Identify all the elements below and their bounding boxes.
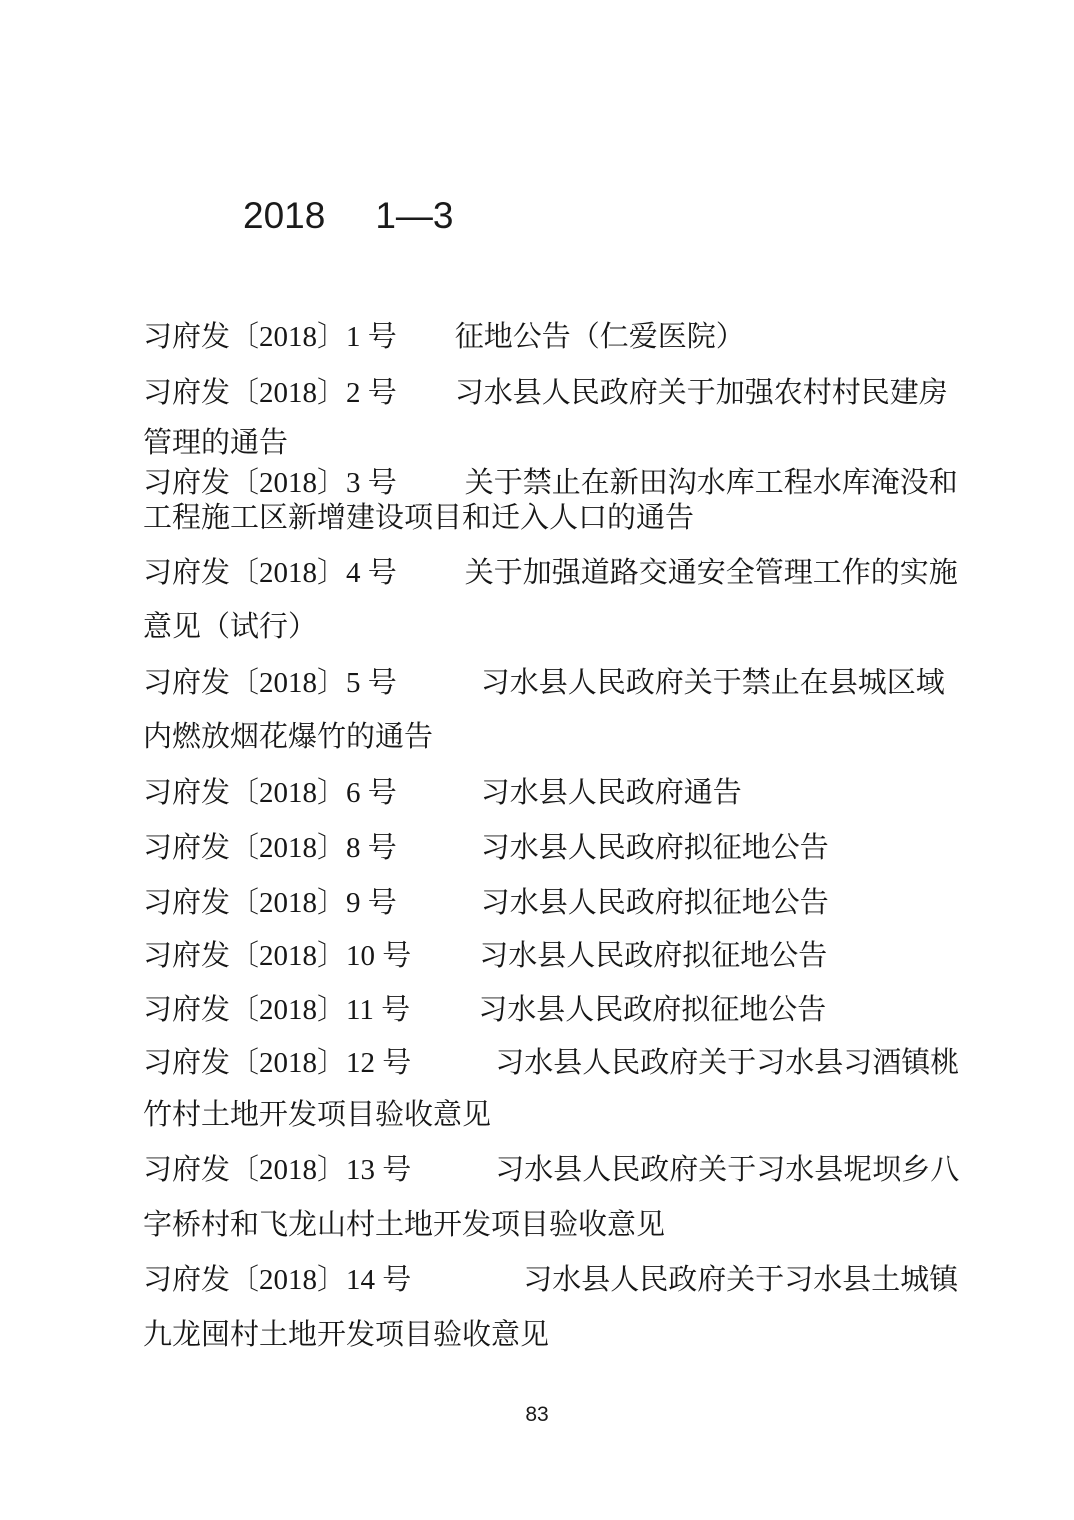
- item-title-continuation: 意见（试行）: [143, 610, 317, 644]
- item-number: 习府发〔2018〕14 号: [143, 1263, 411, 1297]
- item-number: 习府发〔2018〕9 号: [143, 886, 397, 920]
- item-title: 习水县人民政府拟征地公告: [481, 831, 829, 865]
- document-page: 20181—3 习府发〔2018〕1 号征地公告（仁爱医院） 习府发〔2018〕…: [0, 0, 1074, 1520]
- item-title: 习水县人民政府拟征地公告: [481, 886, 829, 920]
- item-title: 习水县人民政府关于习水县土城镇: [523, 1263, 958, 1297]
- title-number-range: 1—3: [375, 195, 453, 236]
- item-number: 习府发〔2018〕11 号: [143, 993, 410, 1027]
- item-title: 习水县人民政府关于禁止在县城区域: [481, 666, 945, 700]
- item-number: 习府发〔2018〕4 号: [143, 556, 397, 590]
- item-title: 关于禁止在新田沟水库工程水库淹没和: [465, 466, 958, 500]
- doc-list-line: 九龙囤村土地开发项目验收意见: [143, 1318, 943, 1352]
- doc-list-line: 习府发〔2018〕14 号习水县人民政府关于习水县土城镇: [143, 1263, 943, 1297]
- item-title: 关于加强道路交通安全管理工作的实施: [465, 556, 958, 590]
- doc-list-line: 习府发〔2018〕11 号习水县人民政府拟征地公告: [143, 993, 943, 1027]
- doc-list-line: 习府发〔2018〕2 号习水县人民政府关于加强农村村民建房: [143, 376, 943, 410]
- doc-list-line: 习府发〔2018〕10 号习水县人民政府拟征地公告: [143, 939, 943, 973]
- page-number: 83: [0, 1403, 1074, 1427]
- doc-list-line: 习府发〔2018〕4 号关于加强道路交通安全管理工作的实施: [143, 556, 943, 590]
- item-title-continuation: 九龙囤村土地开发项目验收意见: [143, 1318, 549, 1352]
- item-title-continuation: 管理的通告: [143, 426, 288, 460]
- item-number: 习府发〔2018〕13 号: [143, 1153, 411, 1187]
- item-number: 习府发〔2018〕5 号: [143, 666, 397, 700]
- item-number: 习府发〔2018〕3 号: [143, 466, 397, 500]
- doc-list-line: 竹村土地开发项目验收意见: [143, 1098, 943, 1132]
- doc-list-line: 习府发〔2018〕8 号习水县人民政府拟征地公告: [143, 831, 943, 865]
- doc-list-line: 习府发〔2018〕1 号征地公告（仁爱医院）: [143, 320, 943, 354]
- item-title: 征地公告（仁爱医院）: [455, 320, 745, 354]
- item-title: 习水县人民政府关于加强农村村民建房: [455, 376, 948, 410]
- item-title-continuation: 工程施工区新增建设项目和迁入人口的通告: [143, 501, 694, 535]
- doc-list-line: 习府发〔2018〕3 号关于禁止在新田沟水库工程水库淹没和: [143, 466, 943, 500]
- item-title-continuation: 字桥村和飞龙山村土地开发项目验收意见: [143, 1208, 665, 1242]
- item-title: 习水县人民政府关于习水县习酒镇桃: [495, 1046, 959, 1080]
- doc-list-line: 习府发〔2018〕12 号习水县人民政府关于习水县习酒镇桃: [143, 1046, 943, 1080]
- doc-list-line: 字桥村和飞龙山村土地开发项目验收意见: [143, 1208, 943, 1242]
- doc-list-line: 习府发〔2018〕13 号习水县人民政府关于习水县坭坝乡八: [143, 1153, 943, 1187]
- doc-list-line: 工程施工区新增建设项目和迁入人口的通告: [143, 501, 943, 535]
- item-number: 习府发〔2018〕10 号: [143, 939, 411, 973]
- doc-list-line: 管理的通告: [143, 426, 943, 460]
- item-title-continuation: 内燃放烟花爆竹的通告: [143, 720, 433, 754]
- doc-list-line: 意见（试行）: [143, 610, 943, 644]
- item-title: 习水县人民政府关于习水县坭坝乡八: [495, 1153, 959, 1187]
- title-year: 2018: [243, 195, 325, 236]
- item-title: 习水县人民政府通告: [481, 776, 742, 810]
- item-title-continuation: 竹村土地开发项目验收意见: [143, 1098, 491, 1132]
- item-number: 习府发〔2018〕12 号: [143, 1046, 411, 1080]
- doc-list-line: 习府发〔2018〕6 号习水县人民政府通告: [143, 776, 943, 810]
- item-number: 习府发〔2018〕6 号: [143, 776, 397, 810]
- doc-list-line: 习府发〔2018〕5 号习水县人民政府关于禁止在县城区域: [143, 666, 943, 700]
- item-number: 习府发〔2018〕8 号: [143, 831, 397, 865]
- item-number: 习府发〔2018〕2 号: [143, 376, 397, 410]
- doc-list-line: 习府发〔2018〕9 号习水县人民政府拟征地公告: [143, 886, 943, 920]
- page-title: 20181—3: [243, 197, 453, 234]
- doc-list-line: 内燃放烟花爆竹的通告: [143, 720, 943, 754]
- item-title: 习水县人民政府拟征地公告: [478, 993, 826, 1027]
- item-title: 习水县人民政府拟征地公告: [479, 939, 827, 973]
- item-number: 习府发〔2018〕1 号: [143, 320, 397, 354]
